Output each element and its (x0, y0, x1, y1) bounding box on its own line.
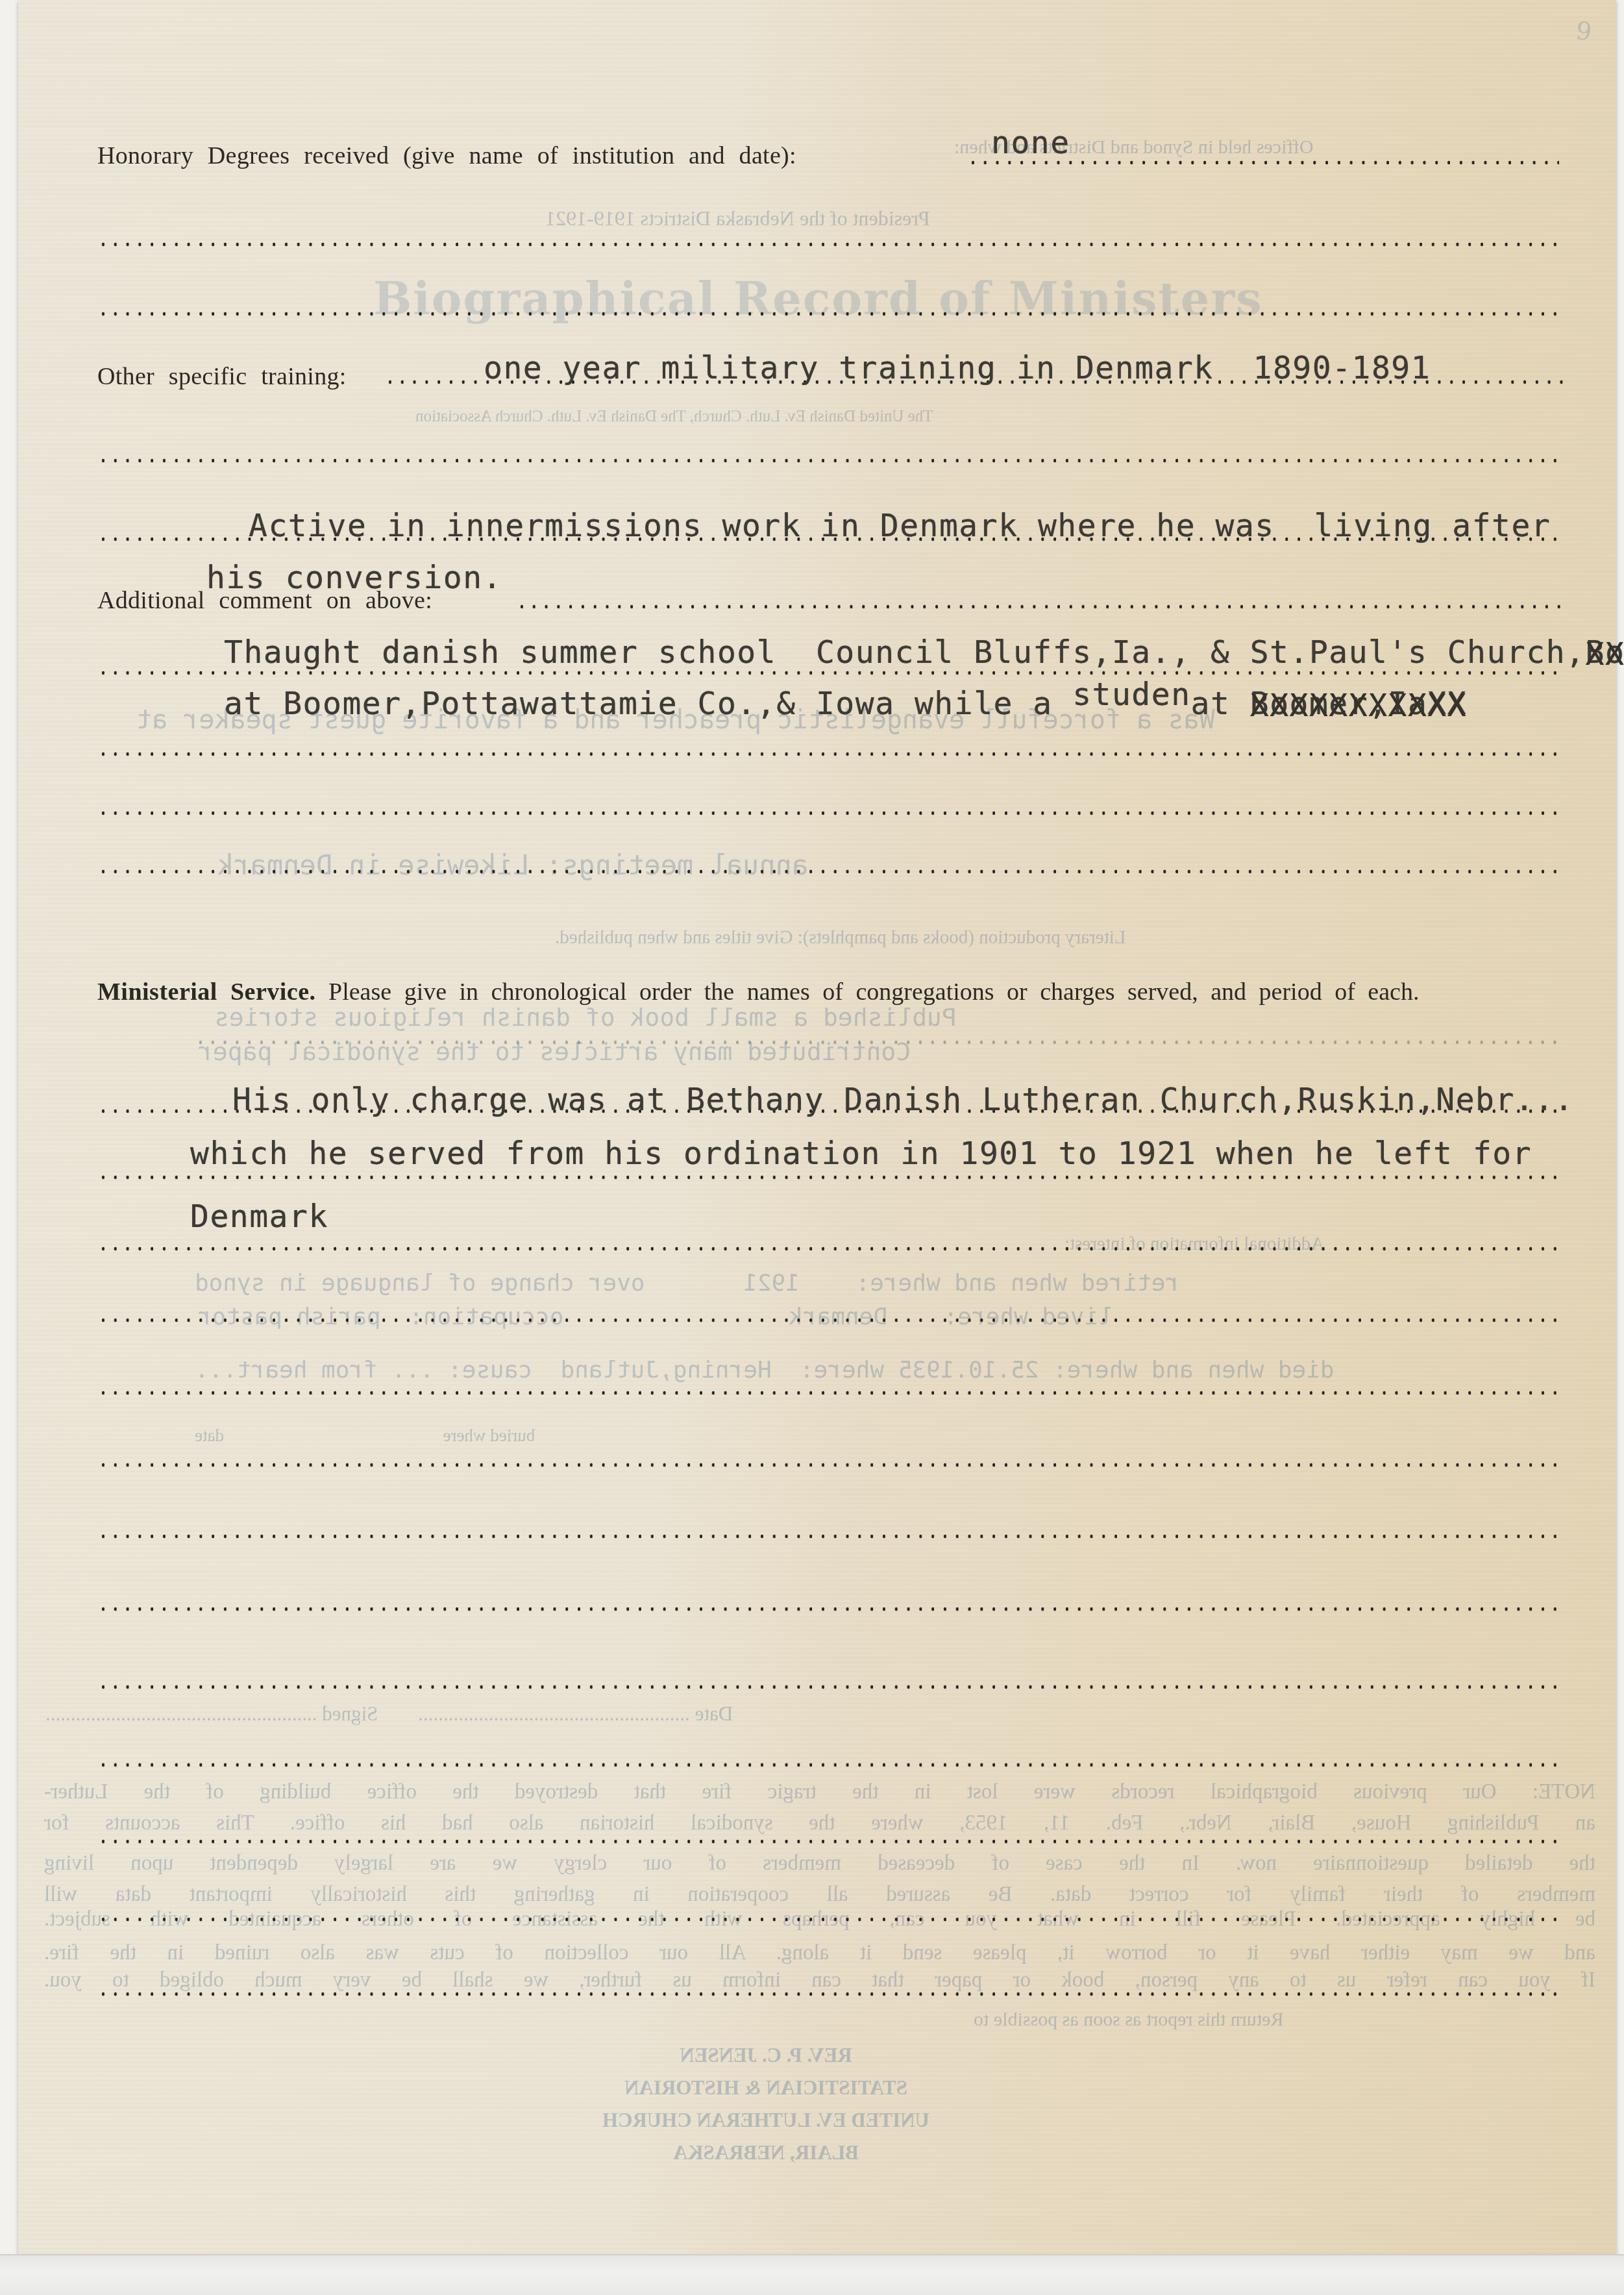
dotted-line (97, 670, 1563, 676)
typed-boomer-line: at Boomer,Pottawattamie Co.,& Iowa while… (224, 688, 1467, 719)
ghost-note-line: NOTE: Our previous biographical records … (44, 1780, 1595, 1804)
ministerial-service-paragraph: Ministerial Service. Please give in chro… (97, 969, 1566, 1015)
typed-innermissions-line1: Active in innermissions work in Denmark … (249, 510, 1551, 541)
scanned-form-page: 9 Offices held in Synod and Districts an… (0, 0, 1624, 2295)
dotted-line (97, 242, 1563, 247)
typed-honorary-value: none (991, 127, 1070, 158)
dotted-line (97, 1839, 1563, 1844)
struck-out-text: BoomXXXX (1586, 637, 1624, 668)
typed-boomer-text: at Boomer,Pottawattamie Co.,& Iowa while… (224, 686, 1072, 722)
ghost-note-line: an Publishing House, Blair, Nebr., Feb. … (44, 1811, 1595, 1835)
struck-out-text: Boomer,IaXXXXXXXXXXXXX (1250, 688, 1467, 719)
typed-service-line3: Denmark (190, 1201, 328, 1232)
dotted-line (97, 1991, 1563, 1997)
other-training-label: Other specific training: (97, 362, 347, 391)
typed-service-line2: which he served from his ordination in 1… (190, 1138, 1532, 1169)
ghost-big-title: Biographical Record of Ministers (373, 271, 1263, 325)
dotted-line (97, 1684, 1563, 1690)
dotted-line (97, 1317, 1563, 1323)
scanner-bed-strip (0, 2254, 1624, 2295)
dotted-line (97, 751, 1563, 757)
ghost-association-line: The United Danish Ev. Luth. Church, The … (415, 408, 933, 426)
ghost-address-church: UNITED EV. LUTHERAN CHURCH (571, 2109, 961, 2132)
ghost-annual-meetings-line: annual meetings: Likewise in Denmark (217, 849, 808, 881)
ghost-retired-line: retired when and where: 1921 over change… (195, 1270, 1179, 1296)
dotted-line (97, 1917, 1563, 1922)
typed-other-training-value: one year military training in Denmark 18… (484, 353, 1431, 384)
ghost-note-line: and we may either have it or borrow it, … (44, 1941, 1595, 1965)
ghost-buried-line: buried where date (195, 1426, 535, 1446)
dotted-line (97, 1533, 1563, 1539)
ghost-note-line: members of their family for correct data… (44, 1883, 1595, 1907)
ghost-address-name: REV. P. C. JENSEN (571, 2044, 961, 2067)
typed-innermissions-line2: his conversion. (206, 562, 502, 593)
ghost-address-city: BLAIR, NEBRASKA (571, 2141, 961, 2165)
ghost-literary-line: Literary production (books and pamphlets… (555, 927, 1126, 949)
dotted-line (97, 1462, 1563, 1468)
typed-summer-school-line: Thaught danish summer school Council Blu… (224, 637, 1624, 668)
dotted-line (97, 311, 1563, 317)
dotted-line (195, 1039, 1563, 1045)
honorary-degrees-label: Honorary Degrees received (give name of … (97, 142, 796, 170)
typed-summer-school-text: Thaught danish summer school Council Blu… (224, 634, 1586, 671)
dotted-line (97, 458, 1563, 464)
typed-raised-text: studen (1072, 679, 1190, 710)
dotted-line (97, 1606, 1563, 1612)
ghost-additional-info-line: Additional information of interest: (1064, 1234, 1324, 1255)
struck-overlay: XXXXXXXXXXX (1250, 690, 1467, 721)
ministerial-service-instructions: Please give in chronological order the n… (316, 978, 1420, 1006)
dotted-line (516, 604, 1563, 610)
ghost-died-line: died when and where: 25.10.1935 where: H… (195, 1357, 1335, 1383)
ministerial-service-heading: Ministerial Service. (97, 978, 316, 1006)
dotted-line (97, 1762, 1563, 1768)
ghost-note-line: If you can refer us to any person, book … (44, 1968, 1595, 1992)
dotted-line (97, 869, 1563, 875)
ghost-note-line: the detailed questionnaire now. In the c… (44, 1852, 1595, 1876)
dotted-line (97, 810, 1563, 816)
ghost-president-line: President of the Nebraska Districts 1919… (545, 206, 930, 230)
dotted-line (97, 1174, 1563, 1180)
dotted-line (97, 1246, 1563, 1252)
typed-service-line1: His only charge was at Bethany Danish Lu… (232, 1084, 1574, 1115)
dotted-line (97, 1390, 1563, 1396)
ghost-date-signed-line: Date ...................................… (45, 1702, 733, 1726)
ghost-return-line: Return this report as soon as possible t… (974, 2009, 1283, 2031)
ghost-address-title: STATISTICIAN & HISTORIAN (571, 2076, 961, 2100)
typed-boomer-mid: at (1191, 686, 1250, 722)
struck-overlay: XXXX (1586, 639, 1624, 670)
